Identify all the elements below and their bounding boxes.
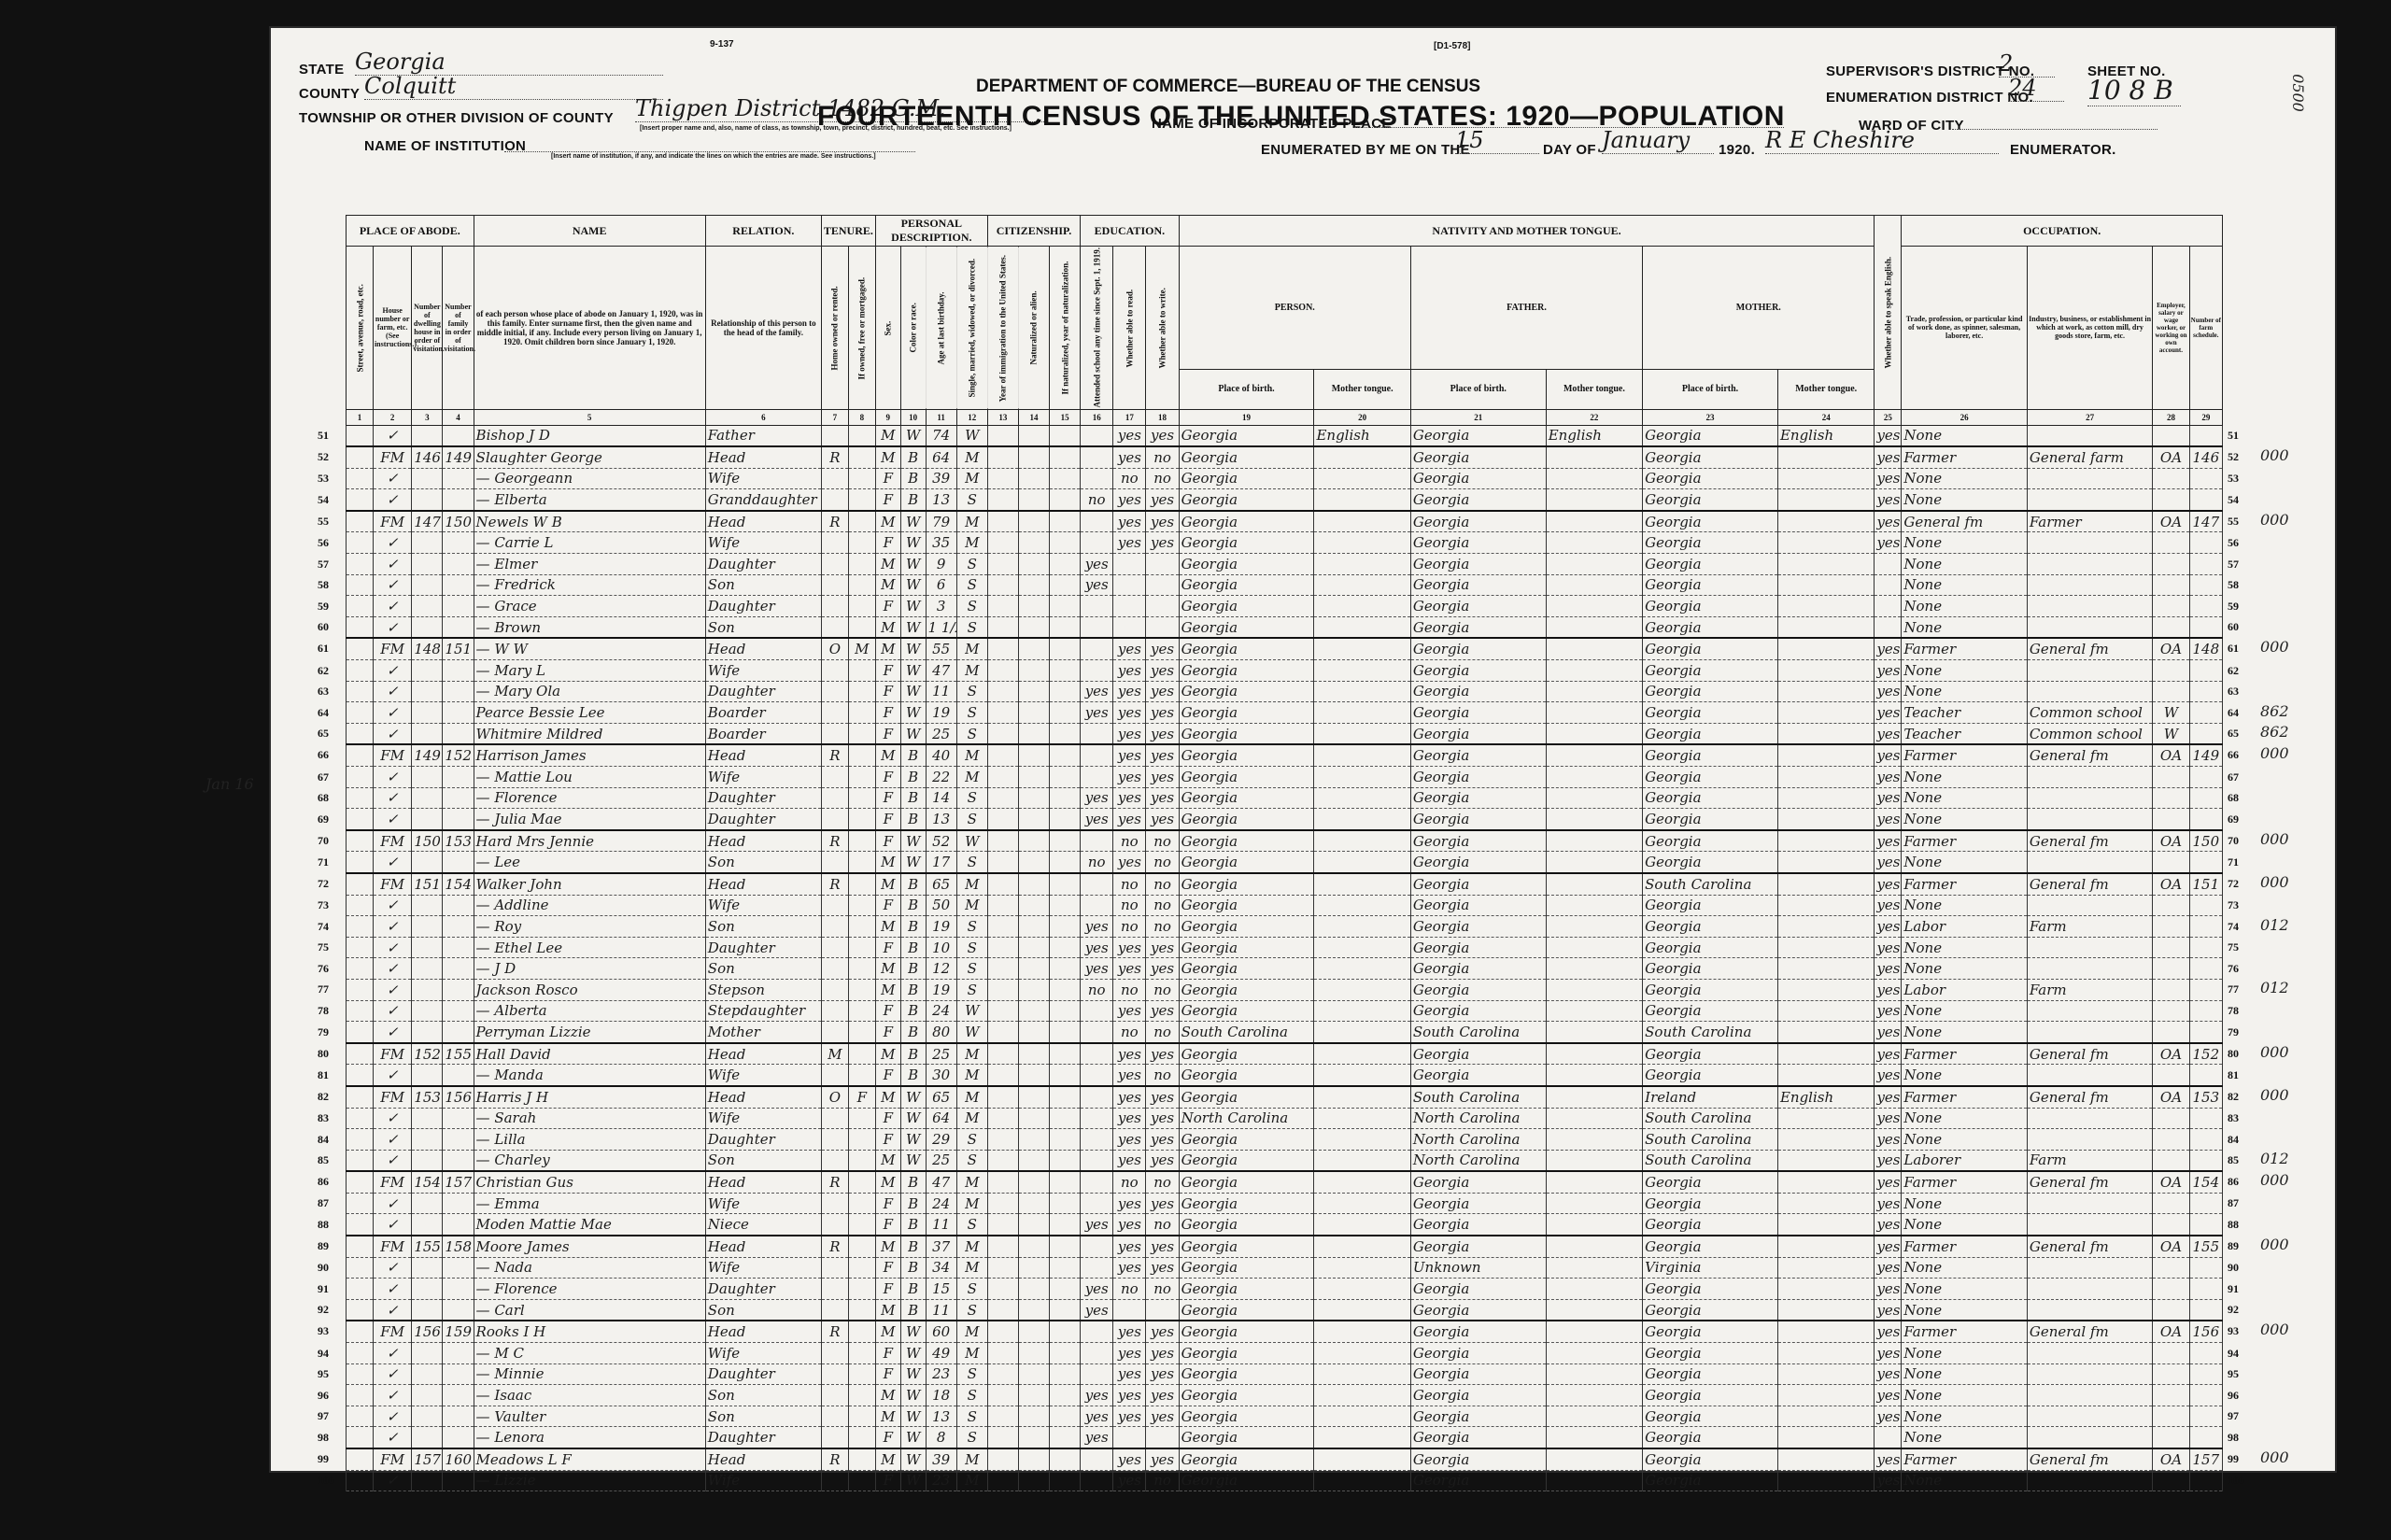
cell-employer-class <box>2153 1065 2189 1086</box>
cell-father-birthplace: Georgia <box>1410 830 1546 852</box>
cell-birthplace: Georgia <box>1179 489 1314 511</box>
census-row: ✓Jackson RoscoStepsonMB19SnononoGeorgiaG… <box>347 979 2223 1000</box>
cell-immigration-year <box>987 1363 1018 1385</box>
line-number: 76 <box>2228 962 2239 976</box>
census-row: ✓— FredrickSonMW6SyesGeorgiaGeorgiaGeorg… <box>347 574 2223 596</box>
cell-family-number <box>443 767 474 788</box>
cell-mother-mother-tongue <box>1777 1343 1874 1364</box>
cell-person-name: Moden Mattie Mae <box>474 1214 705 1236</box>
group-mother: MOTHER. <box>1643 247 1875 370</box>
cell-race: W <box>900 1385 926 1406</box>
cell-age: 22 <box>926 767 956 788</box>
cell-dwelling-number <box>412 1022 443 1043</box>
cell-speaks-english: yes <box>1875 1171 1902 1193</box>
cell-occupation: None <box>1902 532 2027 554</box>
cell-age: 30 <box>926 1065 956 1086</box>
column-number: 17 <box>1113 409 1146 425</box>
cell-naturalized <box>1018 1363 1049 1385</box>
cell-immigration-year <box>987 1299 1018 1321</box>
cell-street <box>347 895 374 916</box>
cell-industry: General fm <box>2027 1043 2152 1065</box>
census-row: ✓— AddlineWifeFB50MnonoGeorgiaGeorgiaGeo… <box>347 895 2223 916</box>
cell-house-number: FM <box>373 1171 411 1193</box>
cell-father-mother-tongue <box>1546 1427 1642 1448</box>
cell-relation: Boarder <box>705 723 821 744</box>
column-number: 27 <box>2027 409 2152 425</box>
cell-owned-free-mortgaged <box>848 532 875 554</box>
cell-immigration-year <box>987 1043 1018 1065</box>
cell-father-mother-tongue <box>1546 596 1642 617</box>
cell-owned-free-mortgaged <box>848 852 875 873</box>
cell-sex: M <box>875 574 900 596</box>
cell-industry: General fm <box>2027 744 2152 766</box>
cell-age: 80 <box>926 1022 956 1043</box>
cell-able-to-read: yes <box>1113 1363 1146 1385</box>
cell-farm-schedule <box>2189 1257 2222 1279</box>
cell-marital-status: S <box>956 852 987 873</box>
cell-immigration-year <box>987 852 1018 873</box>
line-number: 98 <box>318 1431 329 1445</box>
cell-able-to-read <box>1113 1427 1146 1448</box>
cell-mother-birthplace: Georgia <box>1643 554 1778 575</box>
cell-house-number: ✓ <box>373 767 411 788</box>
cell-mother-mother-tongue <box>1777 852 1874 873</box>
cell-family-number <box>443 660 474 682</box>
sheet-number: 10 8 B <box>2087 75 2181 106</box>
cell-marital-status: S <box>956 1406 987 1427</box>
cell-family-number: 160 <box>443 1448 474 1470</box>
cell-race: B <box>900 1279 926 1300</box>
cell-speaks-english: yes <box>1875 1150 1902 1171</box>
cell-employer-class <box>2153 1150 2189 1171</box>
cell-father-birthplace: Georgia <box>1410 809 1546 830</box>
cell-naturalized <box>1018 873 1049 895</box>
cell-marital-status: S <box>956 937 987 958</box>
cell-sex: M <box>875 1150 900 1171</box>
line-number: 80 <box>318 1047 329 1061</box>
cell-occupation: None <box>1902 489 2027 511</box>
cell-sex: M <box>875 1236 900 1257</box>
cell-father-mother-tongue <box>1546 660 1642 682</box>
cell-race: B <box>900 1236 926 1257</box>
cell-relation: Head <box>705 1171 821 1193</box>
cell-house-number: ✓ <box>373 1343 411 1364</box>
cell-relation: Head <box>705 830 821 852</box>
cell-mother-tongue <box>1314 1363 1410 1385</box>
col-27-header: Industry, business, or establishment in … <box>2027 247 2152 410</box>
cell-naturalization-year <box>1050 830 1081 852</box>
cell-father-birthplace: Georgia <box>1410 616 1546 638</box>
line-number: 80 <box>2228 1047 2239 1061</box>
cell-person-name: — J D <box>474 958 705 980</box>
cell-industry <box>2027 1363 2152 1385</box>
cell-occupation: Teacher <box>1902 702 2027 724</box>
cell-mother-birthplace: Georgia <box>1643 596 1778 617</box>
cell-father-mother-tongue <box>1546 1385 1642 1406</box>
cell-employer-class <box>2153 895 2189 916</box>
cell-able-to-write: yes <box>1146 425 1179 446</box>
cell-race: B <box>900 916 926 938</box>
cell-birthplace: Georgia <box>1179 830 1314 852</box>
cell-occupation: None <box>1902 554 2027 575</box>
cell-family-number <box>443 787 474 809</box>
cell-able-to-read: yes <box>1113 1448 1146 1470</box>
cell-marital-status: M <box>956 638 987 659</box>
cell-father-mother-tongue <box>1546 852 1642 873</box>
cell-relation: Head <box>705 1236 821 1257</box>
group-citizenship: CITIZENSHIP. <box>987 216 1080 247</box>
cell-person-name: — Georgeann <box>474 468 705 489</box>
cell-age: 37 <box>926 1236 956 1257</box>
cell-home-owned <box>821 681 848 702</box>
cell-street <box>347 532 374 554</box>
cell-mother-mother-tongue <box>1777 1448 1874 1470</box>
cell-mother-tongue <box>1314 1043 1410 1065</box>
cell-mother-mother-tongue <box>1777 446 1874 468</box>
cell-farm-schedule: 147 <box>2189 511 2222 532</box>
cell-mother-birthplace: Georgia <box>1643 1427 1778 1448</box>
cell-house-number: ✓ <box>373 1065 411 1086</box>
cell-home-owned <box>821 1257 848 1279</box>
cell-father-mother-tongue <box>1546 1299 1642 1321</box>
cell-family-number <box>443 1279 474 1300</box>
cell-attended-school <box>1081 1086 1113 1108</box>
cell-age: 39 <box>926 468 956 489</box>
cell-house-number: ✓ <box>373 1363 411 1385</box>
cell-race: B <box>900 895 926 916</box>
cell-marital-status: S <box>956 554 987 575</box>
cell-naturalized <box>1018 489 1049 511</box>
edge-number: 0500 <box>2289 74 2307 112</box>
cell-street <box>347 937 374 958</box>
cell-farm-schedule <box>2189 1470 2222 1491</box>
cell-mother-tongue <box>1314 532 1410 554</box>
cell-home-owned <box>821 916 848 938</box>
cell-race: W <box>900 702 926 724</box>
cell-mother-tongue <box>1314 1108 1410 1129</box>
cell-father-birthplace: Georgia <box>1410 1343 1546 1364</box>
cell-father-mother-tongue <box>1546 638 1642 659</box>
cell-mother-tongue <box>1314 895 1410 916</box>
cell-employer-class <box>2153 787 2189 809</box>
census-row: ✓— IsaacSonMW18SyesyesyesGeorgiaGeorgiaG… <box>347 1385 2223 1406</box>
cell-farm-schedule <box>2189 702 2222 724</box>
cell-dwelling-number <box>412 1193 443 1214</box>
cell-farm-schedule <box>2189 681 2222 702</box>
cell-dwelling-number <box>412 1065 443 1086</box>
cell-owned-free-mortgaged <box>848 1150 875 1171</box>
cell-able-to-read: no <box>1113 830 1146 852</box>
cell-farm-schedule <box>2189 1129 2222 1151</box>
cell-age: 25 <box>926 723 956 744</box>
cell-able-to-read: yes <box>1113 1043 1146 1065</box>
cell-street <box>347 916 374 938</box>
cell-naturalization-year <box>1050 702 1081 724</box>
cell-able-to-read <box>1113 1299 1146 1321</box>
line-number: 73 <box>318 898 329 912</box>
cell-house-number: ✓ <box>373 958 411 980</box>
cell-dwelling-number <box>412 958 443 980</box>
cell-able-to-write: no <box>1146 1022 1179 1043</box>
cell-birthplace: Georgia <box>1179 1171 1314 1193</box>
cell-father-birthplace: Unknown <box>1410 1257 1546 1279</box>
line-number: 72 <box>2228 877 2239 891</box>
cell-mother-birthplace: Georgia <box>1643 1193 1778 1214</box>
cell-able-to-read: yes <box>1113 767 1146 788</box>
cell-age: 19 <box>926 979 956 1000</box>
cell-street <box>347 809 374 830</box>
cell-home-owned <box>821 958 848 980</box>
cell-person-name: — Roy <box>474 916 705 938</box>
cell-person-name: — Julia Mae <box>474 809 705 830</box>
cell-race: W <box>900 511 926 532</box>
cell-mother-mother-tongue <box>1777 532 1874 554</box>
cell-attended-school: yes <box>1081 1299 1113 1321</box>
cell-person-name: — Ethel Lee <box>474 937 705 958</box>
cell-speaks-english: yes <box>1875 1193 1902 1214</box>
cell-industry <box>2027 787 2152 809</box>
cell-mother-birthplace: Georgia <box>1643 1214 1778 1236</box>
enumeration-month: January <box>1602 127 1714 154</box>
cell-age: 13 <box>926 1406 956 1427</box>
cell-immigration-year <box>987 1171 1018 1193</box>
cell-owned-free-mortgaged <box>848 1108 875 1129</box>
cell-mother-tongue <box>1314 1129 1410 1151</box>
cell-speaks-english <box>1875 596 1902 617</box>
cell-home-owned <box>821 660 848 682</box>
cell-family-number: 154 <box>443 873 474 895</box>
cell-owned-free-mortgaged <box>848 1343 875 1364</box>
cell-race: W <box>900 616 926 638</box>
cell-immigration-year <box>987 489 1018 511</box>
cell-birthplace: Georgia <box>1179 1279 1314 1300</box>
cell-industry: Common school <box>2027 723 2152 744</box>
cell-able-to-read: yes <box>1113 1343 1146 1364</box>
cell-owned-free-mortgaged <box>848 1236 875 1257</box>
col-17-header: Whether able to read. <box>1113 247 1146 410</box>
cell-able-to-write: yes <box>1146 532 1179 554</box>
cell-mother-mother-tongue <box>1777 574 1874 596</box>
cell-able-to-read: yes <box>1113 1193 1146 1214</box>
cell-naturalized <box>1018 1321 1049 1342</box>
col-23-header: Place of birth. <box>1643 369 1778 409</box>
cell-naturalization-year <box>1050 1236 1081 1257</box>
cell-birthplace: Georgia <box>1179 937 1314 958</box>
cell-house-number: FM <box>373 1448 411 1470</box>
cell-owned-free-mortgaged <box>848 809 875 830</box>
cell-farm-schedule: 146 <box>2189 446 2222 468</box>
cell-industry: General fm <box>2027 830 2152 852</box>
cell-industry <box>2027 1022 2152 1043</box>
cell-occupation: Teacher <box>1902 723 2027 744</box>
cell-father-mother-tongue <box>1546 1321 1642 1342</box>
column-number: 6 <box>705 409 821 425</box>
cell-father-mother-tongue <box>1546 1448 1642 1470</box>
cell-person-name: Slaughter George <box>474 446 705 468</box>
cell-immigration-year <box>987 873 1018 895</box>
cell-sex: M <box>875 554 900 575</box>
cell-dwelling-number <box>412 1406 443 1427</box>
cell-employer-class <box>2153 1385 2189 1406</box>
cell-house-number: FM <box>373 830 411 852</box>
cell-mother-mother-tongue <box>1777 1108 1874 1129</box>
cell-able-to-read: yes <box>1113 958 1146 980</box>
cell-family-number: 156 <box>443 1086 474 1108</box>
cell-naturalized <box>1018 1299 1049 1321</box>
cell-age: 19 <box>926 916 956 938</box>
cell-naturalized <box>1018 958 1049 980</box>
cell-immigration-year <box>987 1236 1018 1257</box>
cell-naturalized <box>1018 1150 1049 1171</box>
cell-speaks-english <box>1875 1427 1902 1448</box>
cell-able-to-write: yes <box>1146 1086 1179 1108</box>
state-value: Georgia <box>355 49 663 76</box>
cell-race: B <box>900 979 926 1000</box>
cell-able-to-read: yes <box>1113 723 1146 744</box>
cell-street <box>347 1193 374 1214</box>
census-row: ✓— AlbertaStepdaughterFB24WyesyesGeorgia… <box>347 1000 2223 1022</box>
cell-race: B <box>900 468 926 489</box>
cell-father-birthplace: Georgia <box>1410 1236 1546 1257</box>
cell-naturalized <box>1018 979 1049 1000</box>
cell-mother-tongue <box>1314 979 1410 1000</box>
cell-family-number: 151 <box>443 638 474 659</box>
cell-immigration-year <box>987 616 1018 638</box>
line-number: 92 <box>2228 1303 2239 1317</box>
cell-mother-mother-tongue <box>1777 830 1874 852</box>
cell-attended-school <box>1081 1000 1113 1022</box>
cell-naturalized <box>1018 1022 1049 1043</box>
cell-owned-free-mortgaged <box>848 1022 875 1043</box>
column-number: 4 <box>443 409 474 425</box>
cell-marital-status: M <box>956 1470 987 1491</box>
cell-marital-status: S <box>956 702 987 724</box>
cell-attended-school <box>1081 1022 1113 1043</box>
cell-marital-status: W <box>956 425 987 446</box>
cell-sex: F <box>875 895 900 916</box>
cell-family-number: 153 <box>443 830 474 852</box>
cell-race: B <box>900 1171 926 1193</box>
cell-mother-tongue <box>1314 596 1410 617</box>
col-20-header: Mother tongue. <box>1314 369 1410 409</box>
cell-attended-school: yes <box>1081 1427 1113 1448</box>
cell-attended-school <box>1081 468 1113 489</box>
cell-dwelling-number <box>412 1363 443 1385</box>
cell-race: W <box>900 1321 926 1342</box>
cell-home-owned <box>821 809 848 830</box>
cell-relation: Daughter <box>705 787 821 809</box>
line-number: 96 <box>2228 1389 2239 1403</box>
cell-race: B <box>900 1214 926 1236</box>
cell-mother-tongue <box>1314 744 1410 766</box>
cell-house-number: FM <box>373 744 411 766</box>
cell-person-name: — Minnie <box>474 1363 705 1385</box>
cell-sex: M <box>875 744 900 766</box>
cell-mother-tongue <box>1314 958 1410 980</box>
day-of-label: day of <box>1543 142 1596 158</box>
cell-naturalization-year <box>1050 1086 1081 1108</box>
line-number: 85 <box>318 1153 329 1167</box>
cell-street <box>347 1343 374 1364</box>
cell-mother-birthplace: Georgia <box>1643 1470 1778 1491</box>
cell-marital-status: S <box>956 616 987 638</box>
cell-naturalized <box>1018 1448 1049 1470</box>
cell-father-birthplace: North Carolina <box>1410 1108 1546 1129</box>
column-number: 19 <box>1179 409 1314 425</box>
cell-birthplace: Georgia <box>1179 425 1314 446</box>
cell-speaks-english: yes <box>1875 958 1902 980</box>
cell-farm-schedule: 155 <box>2189 1236 2222 1257</box>
cell-able-to-read: no <box>1113 916 1146 938</box>
cell-race: W <box>900 1150 926 1171</box>
cell-mother-tongue <box>1314 787 1410 809</box>
cell-birthplace: Georgia <box>1179 638 1314 659</box>
cell-mother-birthplace: Georgia <box>1643 1043 1778 1065</box>
cell-naturalized <box>1018 1193 1049 1214</box>
cell-immigration-year <box>987 554 1018 575</box>
cell-relation: Head <box>705 1321 821 1342</box>
column-number: 9 <box>875 409 900 425</box>
cell-race: W <box>900 830 926 852</box>
cell-race: B <box>900 873 926 895</box>
cell-mother-mother-tongue <box>1777 1129 1874 1151</box>
cell-home-owned: R <box>821 1171 848 1193</box>
cell-sex: F <box>875 767 900 788</box>
cell-naturalization-year <box>1050 1022 1081 1043</box>
cell-age: 47 <box>926 660 956 682</box>
ward-value <box>1952 105 2158 130</box>
cell-immigration-year <box>987 425 1018 446</box>
cell-naturalization-year <box>1050 660 1081 682</box>
cell-attended-school <box>1081 830 1113 852</box>
cell-occupation: Labor <box>1902 979 2027 1000</box>
cell-naturalization-year <box>1050 1470 1081 1491</box>
cell-race: B <box>900 958 926 980</box>
cell-father-birthplace: Georgia <box>1410 723 1546 744</box>
cell-sex: F <box>875 1108 900 1129</box>
cell-occupation: None <box>1902 767 2027 788</box>
line-number: 91 <box>2228 1282 2239 1296</box>
cell-family-number <box>443 1150 474 1171</box>
line-number: 94 <box>2228 1347 2239 1361</box>
occupation-code: 000 <box>2260 511 2289 529</box>
cell-relation: Wife <box>705 660 821 682</box>
cell-employer-class: OA <box>2153 1448 2189 1470</box>
col-26-header: Trade, profession, or particular kind of… <box>1902 247 2027 410</box>
cell-attended-school: yes <box>1081 916 1113 938</box>
cell-able-to-read: yes <box>1113 1385 1146 1406</box>
cell-naturalization-year <box>1050 616 1081 638</box>
cell-speaks-english: yes <box>1875 425 1902 446</box>
cell-occupation: Farmer <box>1902 1171 2027 1193</box>
cell-age: 24 <box>926 1193 956 1214</box>
cell-mother-mother-tongue <box>1777 638 1874 659</box>
cell-dwelling-number <box>412 979 443 1000</box>
cell-immigration-year <box>987 596 1018 617</box>
line-number: 62 <box>2228 664 2239 678</box>
cell-owned-free-mortgaged <box>848 1470 875 1491</box>
cell-mother-tongue <box>1314 446 1410 468</box>
cell-race: W <box>900 1406 926 1427</box>
cell-father-birthplace: Georgia <box>1410 1171 1546 1193</box>
cell-immigration-year <box>987 744 1018 766</box>
cell-farm-schedule: 154 <box>2189 1171 2222 1193</box>
cell-street <box>347 1427 374 1448</box>
cell-age: 3 <box>926 596 956 617</box>
cell-able-to-read: no <box>1113 979 1146 1000</box>
cell-house-number: ✓ <box>373 1406 411 1427</box>
cell-owned-free-mortgaged <box>848 1065 875 1086</box>
